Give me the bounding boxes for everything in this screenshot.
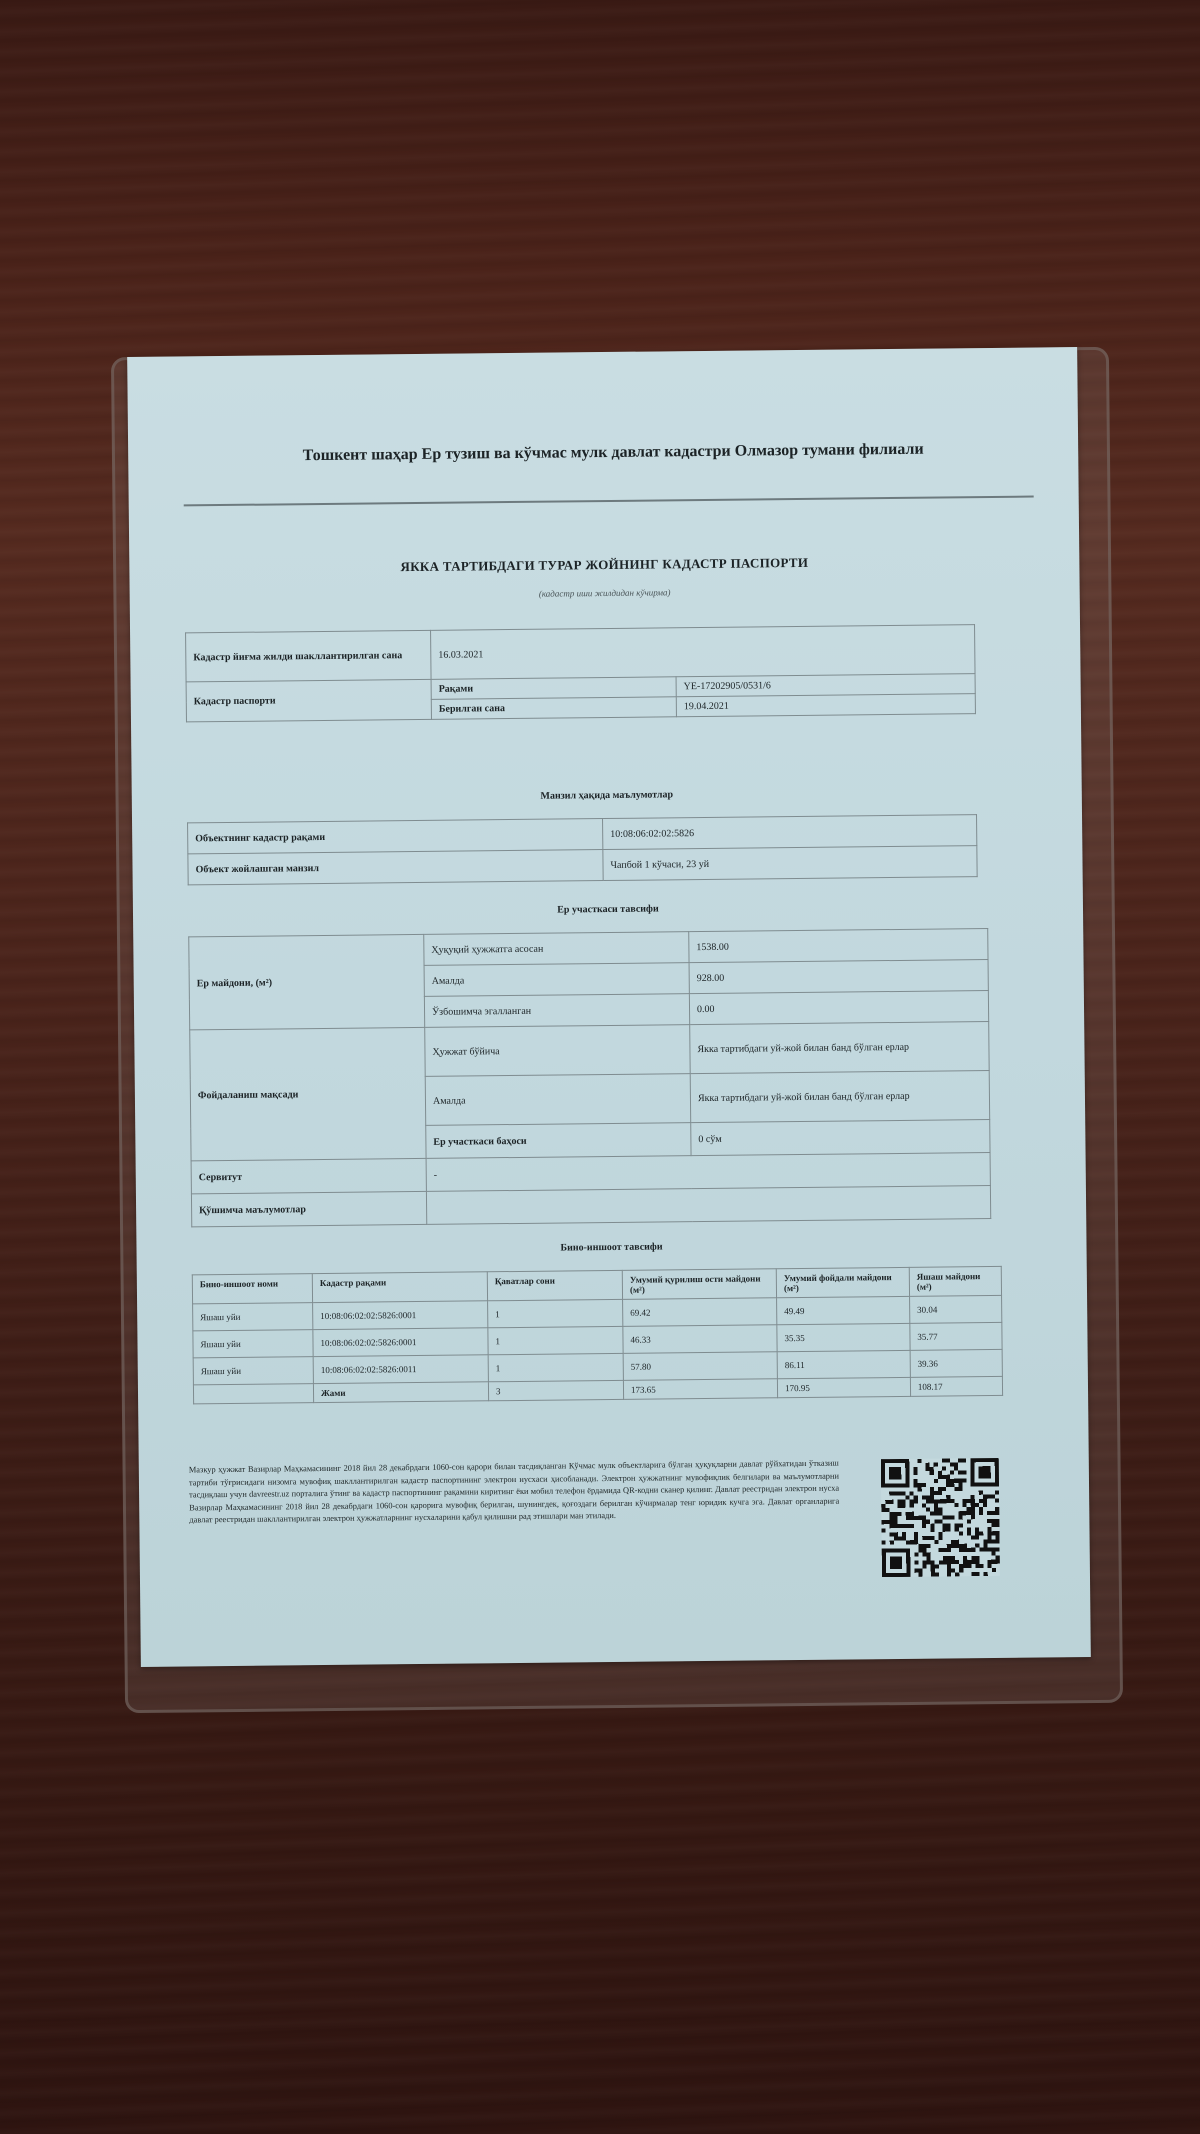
total-floors: 3: [488, 1380, 623, 1400]
area-legal-value: 1538.00: [689, 929, 988, 963]
location-section-heading: Манзил ҳақида маълумотлар: [132, 785, 1082, 806]
building-living-area: 35.77: [910, 1322, 1002, 1350]
building-cadastre: 10:08:06:02:02:5826:0001: [313, 1328, 488, 1357]
extra-info-label: Қўшимча маълумотлар: [191, 1191, 426, 1226]
area-seized-value: 0.00: [689, 991, 988, 1025]
total-built: 173.65: [623, 1379, 777, 1400]
table-row: Қўшимча маълумотлар: [191, 1186, 990, 1227]
col-useful-area: Умумий фойдали майдони (м²): [776, 1267, 909, 1297]
object-address-label: Объект жойлашган манзил: [188, 850, 603, 885]
table-row: Кадастр йиғма жилди шакллантирилган сана…: [186, 625, 975, 682]
building-cadastre: 10:08:06:02:02:5826:0011: [313, 1355, 488, 1384]
object-cadastre-label: Объектнинг кадастр рақами: [188, 819, 603, 854]
building-name: Яшаш уйи: [193, 1357, 313, 1385]
use-document-label: Ҳужжат бўйича: [425, 1025, 690, 1077]
col-building-name: Бино-иншоот номи: [192, 1274, 312, 1304]
use-actual-label: Амалда: [425, 1074, 690, 1126]
issue-date-value: 19.04.2021: [676, 694, 975, 717]
building-floors: 1: [488, 1299, 623, 1327]
extra-info-value: [426, 1186, 990, 1225]
total-label: Жами: [313, 1382, 488, 1403]
use-document-value: Якка тартибдаги уй-жой билан банд бўлган…: [690, 1022, 989, 1074]
table-row: Фойдаланиш мақсади Ҳужжат бўйича Якка та…: [190, 1022, 989, 1079]
land-price-label: Ер участкаси баҳоси: [426, 1123, 691, 1159]
legal-note: Мазкур ҳужжат Вазирлар Маҳкамасининг 201…: [189, 1458, 840, 1527]
building-table: Бино-иншоот номи Кадастр рақами Қаватлар…: [192, 1266, 1003, 1404]
building-useful-area: 86.11: [777, 1350, 910, 1378]
number-label: Рақами: [431, 677, 676, 700]
formed-date-value: 16.03.2021: [431, 625, 975, 680]
land-section-heading: Ер участкаси тавсифи: [133, 899, 1083, 920]
building-built-area: 69.42: [623, 1298, 777, 1327]
area-actual-value: 928.00: [689, 960, 988, 994]
building-floors: 1: [488, 1353, 623, 1381]
land-use-label: Фойдаланиш мақсади: [190, 1027, 426, 1160]
building-built-area: 46.33: [623, 1325, 777, 1354]
land-price-value: 0 сўм: [691, 1120, 990, 1156]
qr-code-icon[interactable]: [881, 1458, 1000, 1577]
area-legal-label: Ҳуқуқий ҳужжатга асосан: [424, 932, 689, 966]
use-actual-value: Якка тартибдаги уй-жой билан банд бўлган…: [690, 1071, 989, 1123]
servitude-label: Сервитут: [191, 1158, 426, 1193]
col-living-area: Яшаш майдони (м²): [909, 1266, 1001, 1296]
land-table: Ер майдони, (м²) Ҳуқуқий ҳужжатга асосан…: [188, 928, 991, 1227]
object-address-value: Чапбой 1 кўчаси, 23 уй: [603, 846, 977, 881]
total-living: 108.17: [910, 1376, 1002, 1396]
building-living-area: 30.04: [909, 1295, 1001, 1323]
col-floors: Қаватлар сони: [487, 1270, 622, 1300]
cadastre-passport-page: Тошкент шаҳар Ер тузиш ва кўчмас мулк да…: [127, 347, 1091, 1667]
document-title: ЯККА ТАРТИБДАГИ ТУРАР ЖОЙНИНГ КАДАСТР ПА…: [129, 552, 1079, 578]
col-built-area: Умумий қурилиш ости майдони (м²): [622, 1269, 776, 1300]
area-seized-label: Ўзбошимча эгалланган: [424, 994, 689, 1028]
building-section-heading: Бино-иншоот тавсифи: [136, 1237, 1086, 1258]
building-living-area: 39.36: [910, 1349, 1002, 1377]
building-useful-area: 35.35: [777, 1323, 910, 1351]
organization-header: Тошкент шаҳар Ер тузиш ва кўчмас мулк да…: [208, 436, 1018, 470]
total-empty-cell: [193, 1384, 313, 1404]
col-cadastre-number: Кадастр рақами: [312, 1272, 487, 1303]
building-name: Яшаш уйи: [193, 1330, 313, 1358]
formed-date-label: Кадастр йиғма жилди шакллантирилган сана: [186, 630, 431, 682]
total-useful: 170.95: [777, 1377, 910, 1397]
document-subtitle: (кадастр иши жилдидан кўчирма): [130, 583, 1080, 603]
header-info-table: Кадастр йиғма жилди шакллантирилган сана…: [185, 624, 976, 722]
land-area-label: Ер майдони, (м²): [189, 934, 425, 1029]
object-cadastre-value: 10:08:06:02:02:5826: [603, 815, 977, 850]
building-name: Яшаш уйи: [193, 1303, 313, 1331]
building-useful-area: 49.49: [777, 1296, 910, 1324]
location-table: Объектнинг кадастр рақами 10:08:06:02:02…: [187, 814, 978, 885]
building-floors: 1: [488, 1326, 623, 1354]
building-cadastre: 10:08:06:02:02:5826:0001: [313, 1301, 488, 1330]
issue-date-label: Берилган сана: [431, 697, 676, 720]
building-built-area: 57.80: [623, 1352, 777, 1381]
passport-label: Кадастр паспорти: [186, 679, 431, 722]
divider: [184, 496, 1034, 507]
area-actual-label: Амалда: [424, 963, 689, 997]
